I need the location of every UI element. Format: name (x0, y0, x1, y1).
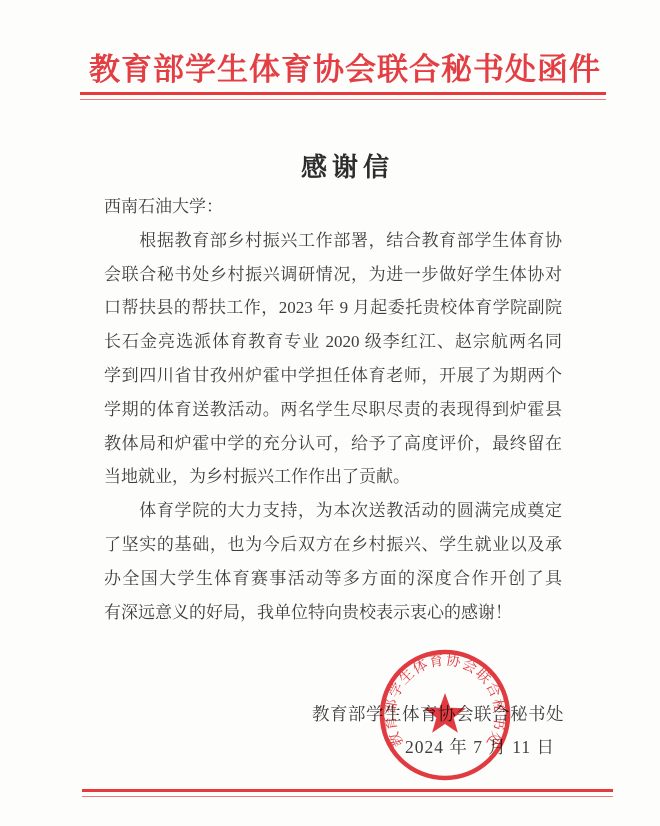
body-line: 有深远意义的好局，我单位特向贵校表示衷心的感谢！ (104, 596, 562, 630)
scanned-letter-page: 教育部学生体育协会联合秘书处函件 感谢信 西南石油大学： 根据教育部乡村振兴工作… (0, 0, 660, 826)
body-line: 学期的体育送教活动。两名学生尽职尽责的表现得到炉霍县 (104, 393, 562, 427)
signature-org-name: 教育部学生体育协会联合秘书处 (104, 703, 564, 725)
body-line: 教体局和炉霍中学的充分认可，给予了高度评价，最终留在 (104, 427, 562, 461)
letterhead-divider-rule (80, 92, 606, 100)
body-line: 长石金亮选派体育教育专业 2020 级李红江、赵宗航两名同 (104, 325, 562, 359)
footer-divider-rule (82, 789, 613, 797)
body-line: 根据教育部乡村振兴工作部署，结合教育部学生体育协 (104, 224, 562, 258)
body-line: 了坚实的基础，也为今后双方在乡村振兴、学生就业以及承 (104, 528, 562, 562)
body-line: 办全国大学生体育赛事活动等多方面的深度合作开创了具 (104, 562, 562, 596)
signature-date: 2024 年 7 月 11 日 (104, 736, 564, 758)
body-line: 体育学院的大力支持，为本次送教活动的圆满完成奠定 (104, 494, 562, 528)
letterhead-banner-title: 教育部学生体育协会联合秘书处函件 (80, 44, 610, 89)
body-line: 口帮扶县的帮扶工作，2023 年 9 月起委托贵校体育学院副院 (104, 291, 562, 325)
salutation: 西南石油大学： (104, 190, 562, 224)
letter-body: 西南石油大学： 根据教育部乡村振兴工作部署，结合教育部学生体育协 会联合秘书处乡… (104, 190, 562, 629)
body-line: 当地就业，为乡村振兴工作作出了贡献。 (104, 460, 562, 494)
signature-block: 教育部学生体育协会联合秘书处 2024 年 7 月 11 日 (104, 703, 564, 758)
letter-title: 感谢信 (80, 147, 615, 184)
body-line: 会联合秘书处乡村振兴调研情况，为进一步做好学生体协对 (104, 258, 562, 292)
body-line: 学到四川省甘孜州炉霍中学担任体育老师，开展了为期两个 (104, 359, 562, 393)
